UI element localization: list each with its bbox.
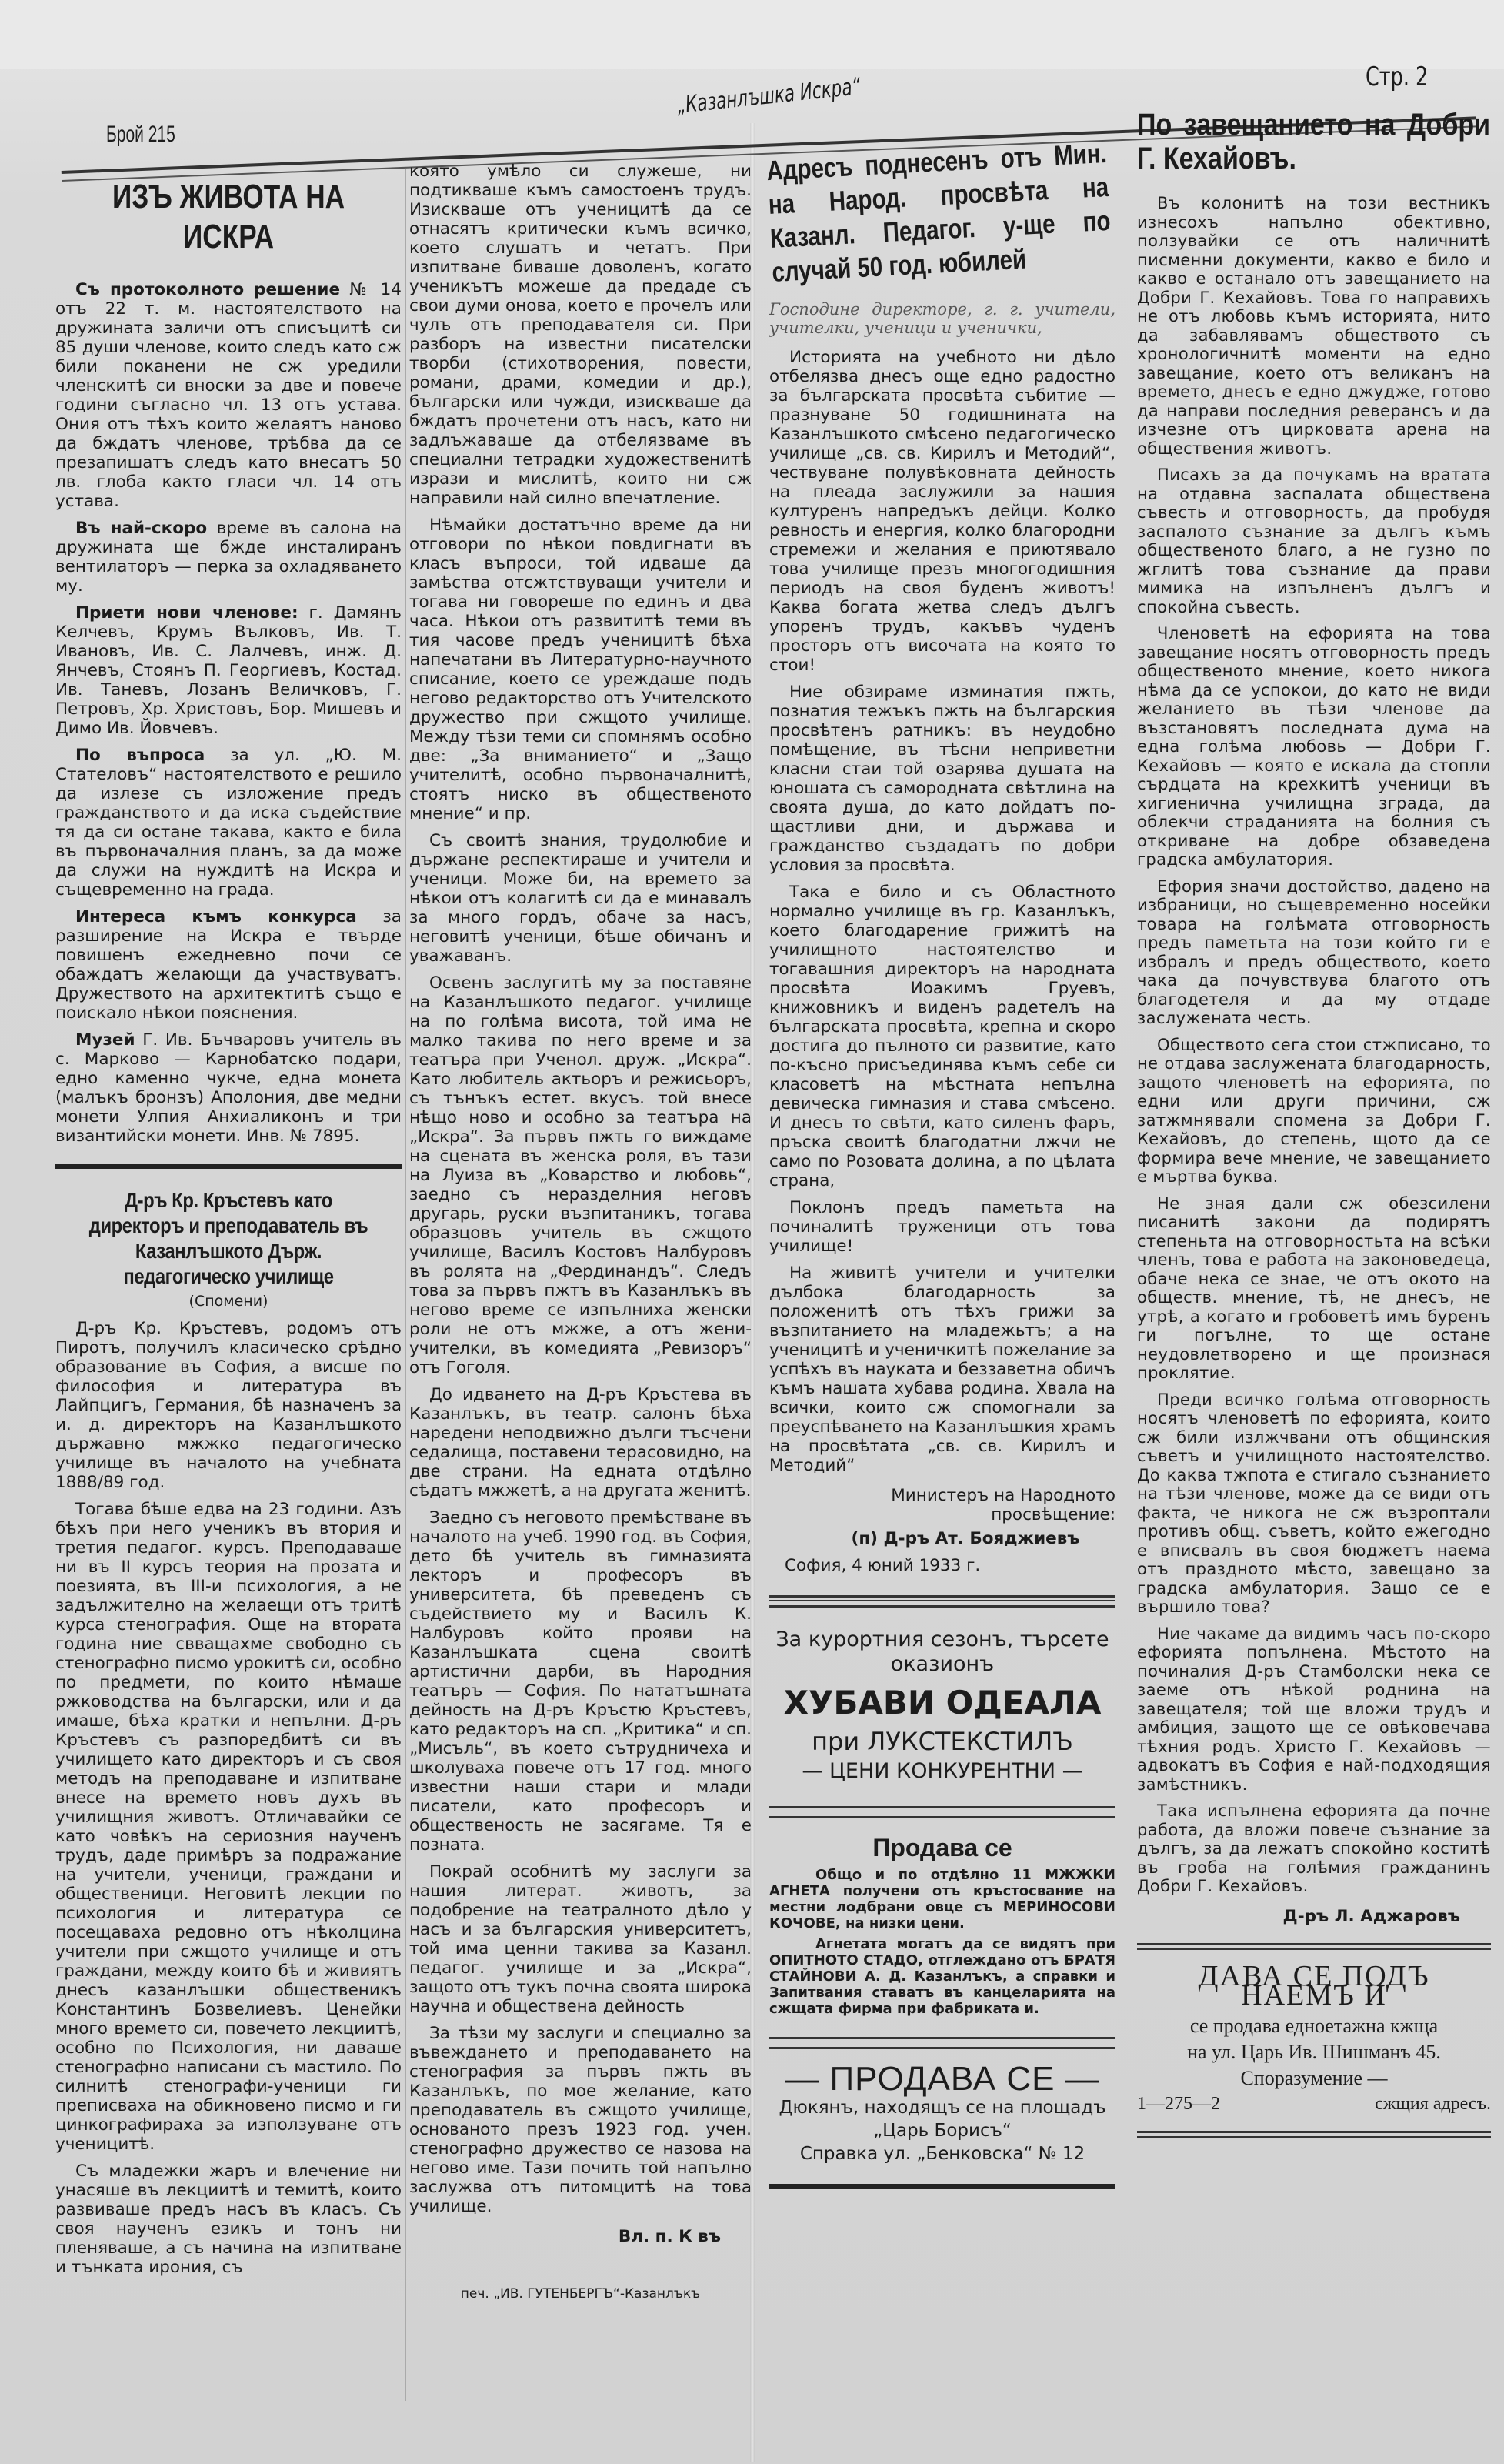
paragraph: Поклонъ предъ паметьта на починалитѣ тру… bbox=[769, 1198, 1115, 1256]
column-1: ИЗЪ ЖИВОТА НА ИСКРА Съ протоколното реше… bbox=[55, 169, 402, 2285]
paragraph: Писахъ за да почукамъ на вратата на отда… bbox=[1137, 466, 1491, 616]
ad-divider bbox=[769, 2037, 1115, 2049]
paragraph: За тѣзи му заслуги и специално за въвежд… bbox=[409, 2024, 752, 2216]
ad-lambs: Продава се Общо и по отдѣлно 11 МЖЖКИ АГ… bbox=[769, 1838, 1115, 2017]
paragraph: Ние чакаме да видимъ часъ по-скоро ефори… bbox=[1137, 1624, 1491, 1795]
article-title-iskra-life: ИЗЪ ЖИВОТА НА ИСКРА bbox=[90, 177, 367, 257]
paragraph: Така е било и съ Областното нормално учи… bbox=[769, 883, 1115, 1190]
paragraph: Съ своитѣ знания, трудолюбие и държане р… bbox=[409, 831, 752, 966]
paragraph: Историята на учебното ни дѣло отбелязва … bbox=[769, 348, 1115, 675]
paragraph: Покрай особнитѣ му заслуги за нашия лите… bbox=[409, 1862, 752, 2016]
ad-blankets: За курортния сезонъ, търсете оказионъ ХУ… bbox=[769, 1628, 1115, 1786]
paragraph: Преди всичко голѣма отговорность носятъ … bbox=[1137, 1391, 1491, 1617]
column-4: По завещанието на Добри Г. Кехайовъ. Въ … bbox=[1137, 108, 1491, 2155]
paragraph: Освенъ заслугитѣ му за поставяне на Каза… bbox=[409, 973, 752, 1377]
paragraph: Заедно съ неговото премѣстване въ начало… bbox=[409, 1508, 752, 1855]
ad-headline: — ПРОДАВА СЕ — bbox=[769, 2069, 1115, 2088]
ad-reference-number: 1—275—2 bbox=[1137, 2095, 1220, 2114]
article-title-kehayov: По завещанието на Добри Г. Кехайовъ. bbox=[1137, 108, 1490, 175]
ad-headline: Продава се bbox=[769, 1838, 1115, 1858]
date-line: София, 4 юний 1933 г. bbox=[785, 1556, 1115, 1575]
article-signature: Вл. п. К въ bbox=[409, 2227, 721, 2246]
salutation: Господине директоре, г. г. учители, учит… bbox=[769, 300, 1115, 337]
issue-number: Брой 215 bbox=[106, 122, 175, 148]
paragraph: Съ младежки жаръ и влечение ни унасяше в… bbox=[55, 2162, 402, 2277]
article-title-krastev: Д-ръ Кр. Кръстевъ като директоръ и препо… bbox=[82, 1187, 376, 1289]
paragraph: Ние обзираме изминатия пжть, познатия те… bbox=[769, 683, 1115, 875]
ad-divider bbox=[1137, 1943, 1491, 1950]
ad-house-rent: ДАВА СЕ ПОДЪ НАЕМЪ И се продава едноетаж… bbox=[1137, 1967, 1491, 2114]
paragraph: Обществото сега стои стжписано, то не от… bbox=[1137, 1036, 1491, 1187]
article-subtitle: (Спомени) bbox=[55, 1292, 402, 1311]
paragraph: На живитѣ учители и учителки дълбока бла… bbox=[769, 1264, 1115, 1475]
news-item: Приети нови членове: г. Дамянъ Келчевъ, … bbox=[55, 603, 402, 738]
article-signature: Д-ръ Л. Аджаровъ bbox=[1137, 1907, 1460, 1926]
paragraph: Въ колонитѣ на този вестникъ изнесохъ на… bbox=[1137, 194, 1491, 458]
page-number: Стр. 2 bbox=[1366, 62, 1428, 92]
paragraph: Нѣмайки достатъчно време да ни отговори … bbox=[409, 516, 752, 823]
paragraph: Тогава бѣше едва на 23 години. Азъ бѣхъ … bbox=[55, 1500, 402, 2154]
news-item: Интереса къмъ конкурса за разширение на … bbox=[55, 907, 402, 1023]
paragraph: Д-ръ Кр. Кръстевъ, родомъ отъ Пиротъ, по… bbox=[55, 1319, 402, 1492]
ad-divider bbox=[769, 2184, 1115, 2189]
article-title-address: Адресъ поднесенъ отъ Мин. на Народ. прос… bbox=[765, 136, 1112, 289]
signatory-name: (п) Д-ръ Ат. Бояджиевъ bbox=[815, 1529, 1115, 1548]
ad-shop-for-sale: — ПРОДАВА СЕ — Дюкянъ, находящъ се на пл… bbox=[769, 2069, 1115, 2165]
column-2: която умѣло си служеше, ни подтикваше къ… bbox=[409, 162, 752, 2304]
paper-name: „Казанлъшка Искра“ bbox=[675, 73, 862, 119]
signatory-role: Министеръ на Народното просвѣщение: bbox=[769, 1486, 1115, 1524]
ad-headline: ХУБАВИ ОДЕАЛА bbox=[769, 1683, 1115, 1723]
newspaper-page: Брой 215 „Казанлъшка Искра“ Стр. 2 ИЗЪ Ж… bbox=[0, 0, 1504, 2464]
news-item: Музей Г. Ив. Бъчваровъ учитель въ с. Мар… bbox=[55, 1030, 402, 1146]
paragraph: която умѣло си служеше, ни подтикваше къ… bbox=[409, 162, 752, 508]
news-item: Съ протоколното решение № 14 отъ 22 т. м… bbox=[55, 280, 402, 511]
paragraph: До идването на Д-ръ Кръстева въ Казанлък… bbox=[409, 1385, 752, 1501]
column-rule bbox=[405, 169, 406, 2401]
printer-imprint: печ. „ИВ. ГУТЕНБЕРГЪ“-Казанлъкъ bbox=[409, 2285, 752, 2304]
ad-divider bbox=[769, 1806, 1115, 1818]
column-3: Адресъ поднесенъ отъ Мин. на Народ. прос… bbox=[769, 146, 1115, 2207]
paragraph: Не зная дали сж обезсилени писанитѣ зако… bbox=[1137, 1194, 1491, 1383]
paragraph: Така испълнена ефорията да почне работа,… bbox=[1137, 1801, 1491, 1896]
paragraph: Членоветѣ на ефорията на това завещание … bbox=[1137, 624, 1491, 870]
news-item: По въпроса за ул. „Ю. М. Стателовъ“ наст… bbox=[55, 746, 402, 900]
ad-divider bbox=[1137, 2131, 1491, 2138]
ad-divider bbox=[769, 1595, 1115, 1608]
ad-headline: ДАВА СЕ ПОДЪ НАЕМЪ И bbox=[1137, 1967, 1491, 2005]
section-divider bbox=[55, 1164, 402, 1169]
news-item: Въ най-скоро време въ салона на дружинат… bbox=[55, 519, 402, 596]
paragraph: Ефория значи достойство, дадено на избра… bbox=[1137, 877, 1491, 1028]
